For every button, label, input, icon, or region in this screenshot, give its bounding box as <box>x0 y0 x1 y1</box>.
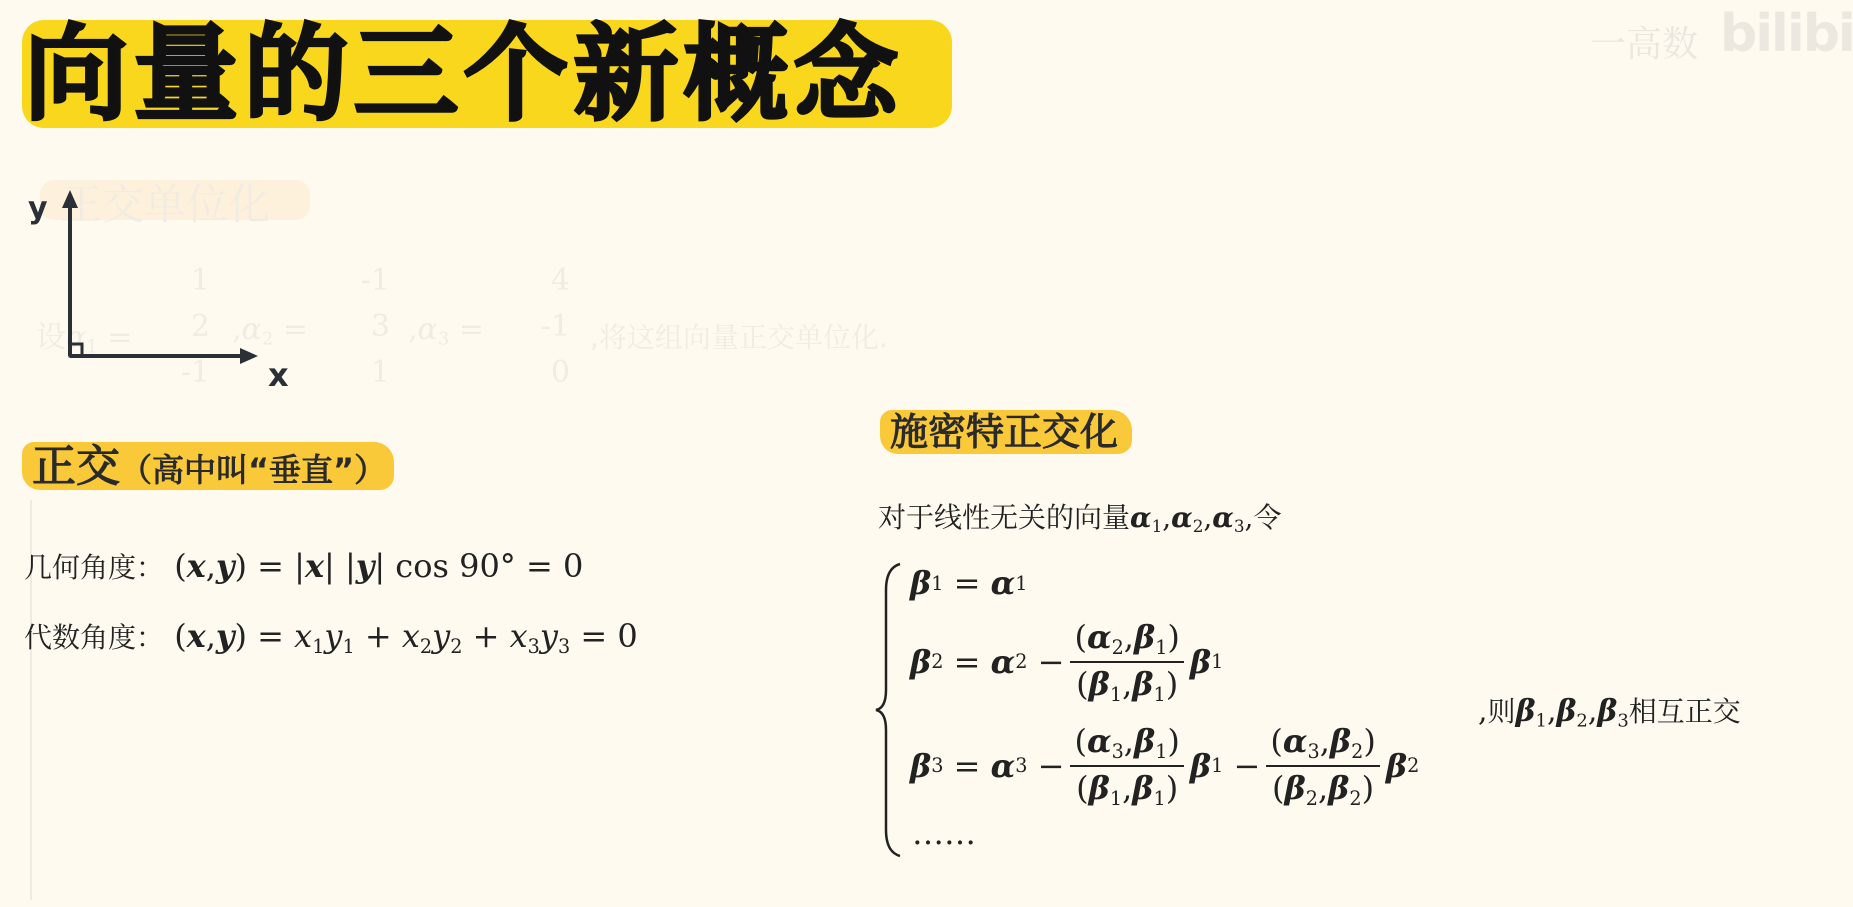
y-label: y <box>28 191 48 226</box>
axis-diagram: y x <box>20 186 260 396</box>
ghost-m2-0: -1 <box>330 258 390 304</box>
ghost-matrix-2: -1 3 1 <box>330 258 390 396</box>
equation-ellipsis: …… <box>912 814 976 852</box>
ghost-m3-0: 4 <box>510 258 570 304</box>
ghost-matrix-3: 4 -1 0 <box>510 258 570 396</box>
orthogonal-heading-note: （高中叫“垂直”） <box>120 451 386 489</box>
schmidt-heading: 施密特正交化 <box>880 410 1132 454</box>
geometric-definition: 几何角度： (x,y) = |x| |y| cos 90° = 0 <box>24 546 583 586</box>
equation-beta2: β2 = α2 − (α2,β1)(β1,β1) β1 <box>910 618 1223 706</box>
orthogonal-heading: 正交（高中叫“垂直”） <box>22 442 394 490</box>
bilibili-logo: bilibili <box>1720 4 1853 64</box>
watermark-channel: 一高数 <box>1590 16 1698 67</box>
equation-beta3: β3 = α3 − (α3,β1)(β1,β1) β1 − (α3,β2)(β2… <box>910 722 1419 810</box>
schmidt-conclusion: ,则β1,β2,β3相互正交 <box>1478 690 1741 731</box>
ghost-problem-suffix: ,将这组向量正交单位化. <box>590 316 888 356</box>
y-arrow-icon <box>62 190 78 208</box>
algebraic-label: 代数角度： <box>24 621 164 654</box>
x-axis-label: x <box>268 356 289 394</box>
schmidt-intro: 对于线性无关的向量α1,α2,α3,令 <box>878 496 1281 536</box>
ghost-m3-1: -1 <box>510 304 570 350</box>
ghost-m2-1: 3 <box>330 304 390 350</box>
ghost-m3-2: 0 <box>510 350 570 396</box>
page-title: 向量的三个新概念 <box>24 14 904 134</box>
x-arrow-icon <box>240 348 258 364</box>
geometric-label: 几何角度： <box>24 551 164 584</box>
ghost-m2-2: 1 <box>330 350 390 396</box>
left-brace-icon <box>870 560 910 860</box>
orthogonal-heading-text: 正交 <box>32 441 120 492</box>
ghost-alpha3: ,α3 = <box>408 312 484 349</box>
algebraic-definition: 代数角度： (x,y) = x1y1 + x2y2 + x3y3 = 0 <box>24 616 638 658</box>
equation-beta1: β1 = α1 <box>910 564 1027 602</box>
